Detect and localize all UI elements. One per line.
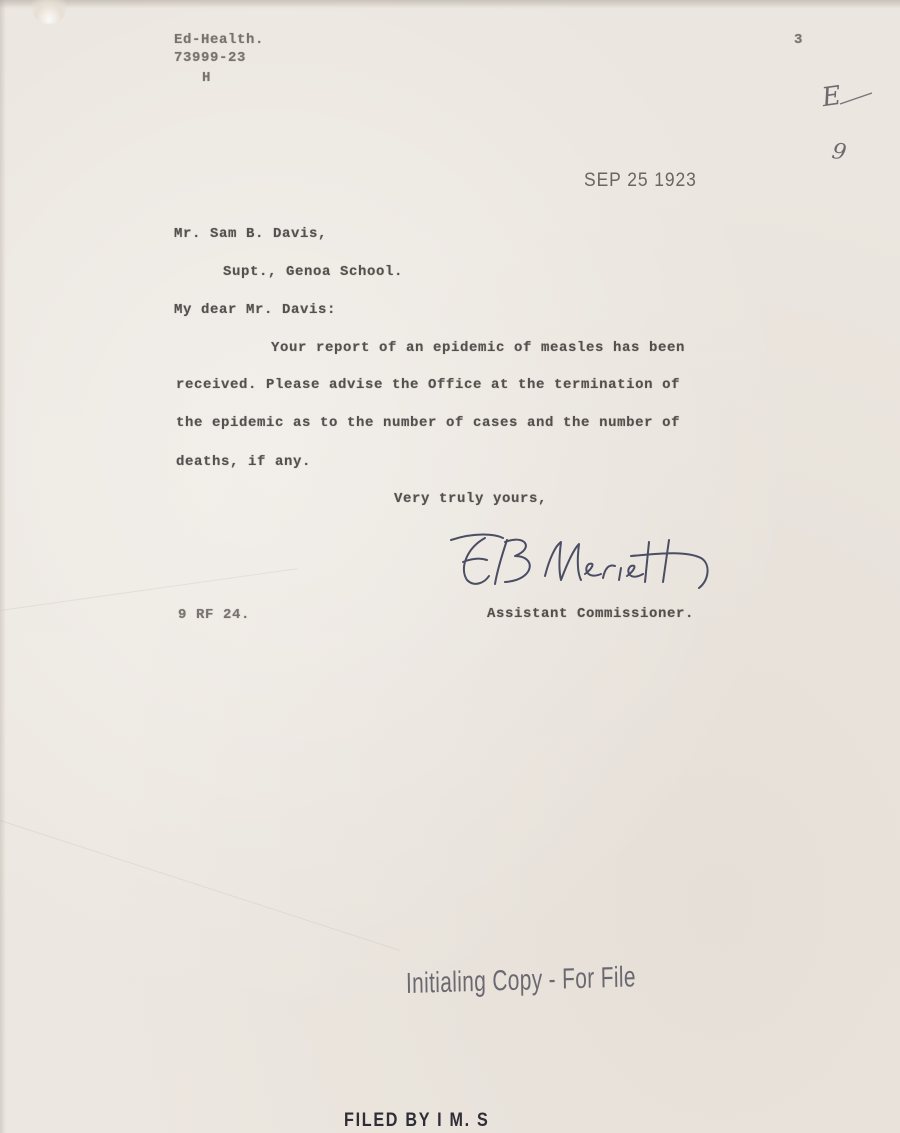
body-line: the epidemic as to the number of cases a…	[176, 415, 680, 431]
file-reference-initial: H	[202, 70, 211, 86]
body-line: Your report of an epidemic of measles ha…	[271, 340, 685, 356]
page-top-edge	[0, 0, 900, 8]
body-line: deaths, if any.	[176, 454, 311, 470]
pencil-mark-number: 9	[830, 139, 848, 166]
staple-hole	[32, 0, 66, 24]
salutation: My dear Mr. Davis:	[174, 302, 336, 318]
pencil-mark-text: 9	[830, 139, 848, 166]
page-number: 3	[794, 32, 803, 48]
signer-title: Assistant Commissioner.	[487, 606, 694, 622]
file-reference-dept: Ed-Health.	[174, 32, 264, 48]
pencil-stroke-icon	[838, 90, 874, 106]
file-reference-number: 73999-23	[174, 50, 246, 66]
filed-by-stamp: FILED BY I M. S	[344, 1110, 489, 1132]
paper-crease	[0, 820, 400, 951]
closing: Very truly yours,	[394, 491, 547, 507]
recipient-name: Mr. Sam B. Davis,	[174, 226, 327, 242]
recipient-title: Supt., Genoa School.	[223, 264, 403, 280]
typist-initials: 9 RF 24.	[178, 607, 250, 623]
document-page: Ed-Health. 73999-23 H 3 E 9 SEP 25 1923 …	[0, 0, 900, 1133]
date-stamp: SEP 25 1923	[584, 170, 697, 192]
page-left-edge	[0, 0, 6, 1133]
initialing-copy-stamp: Initialing Copy - For File	[406, 961, 636, 1001]
paper-crease	[0, 568, 297, 611]
handwritten-signature	[445, 528, 710, 598]
body-line: received. Please advise the Office at th…	[176, 377, 680, 393]
